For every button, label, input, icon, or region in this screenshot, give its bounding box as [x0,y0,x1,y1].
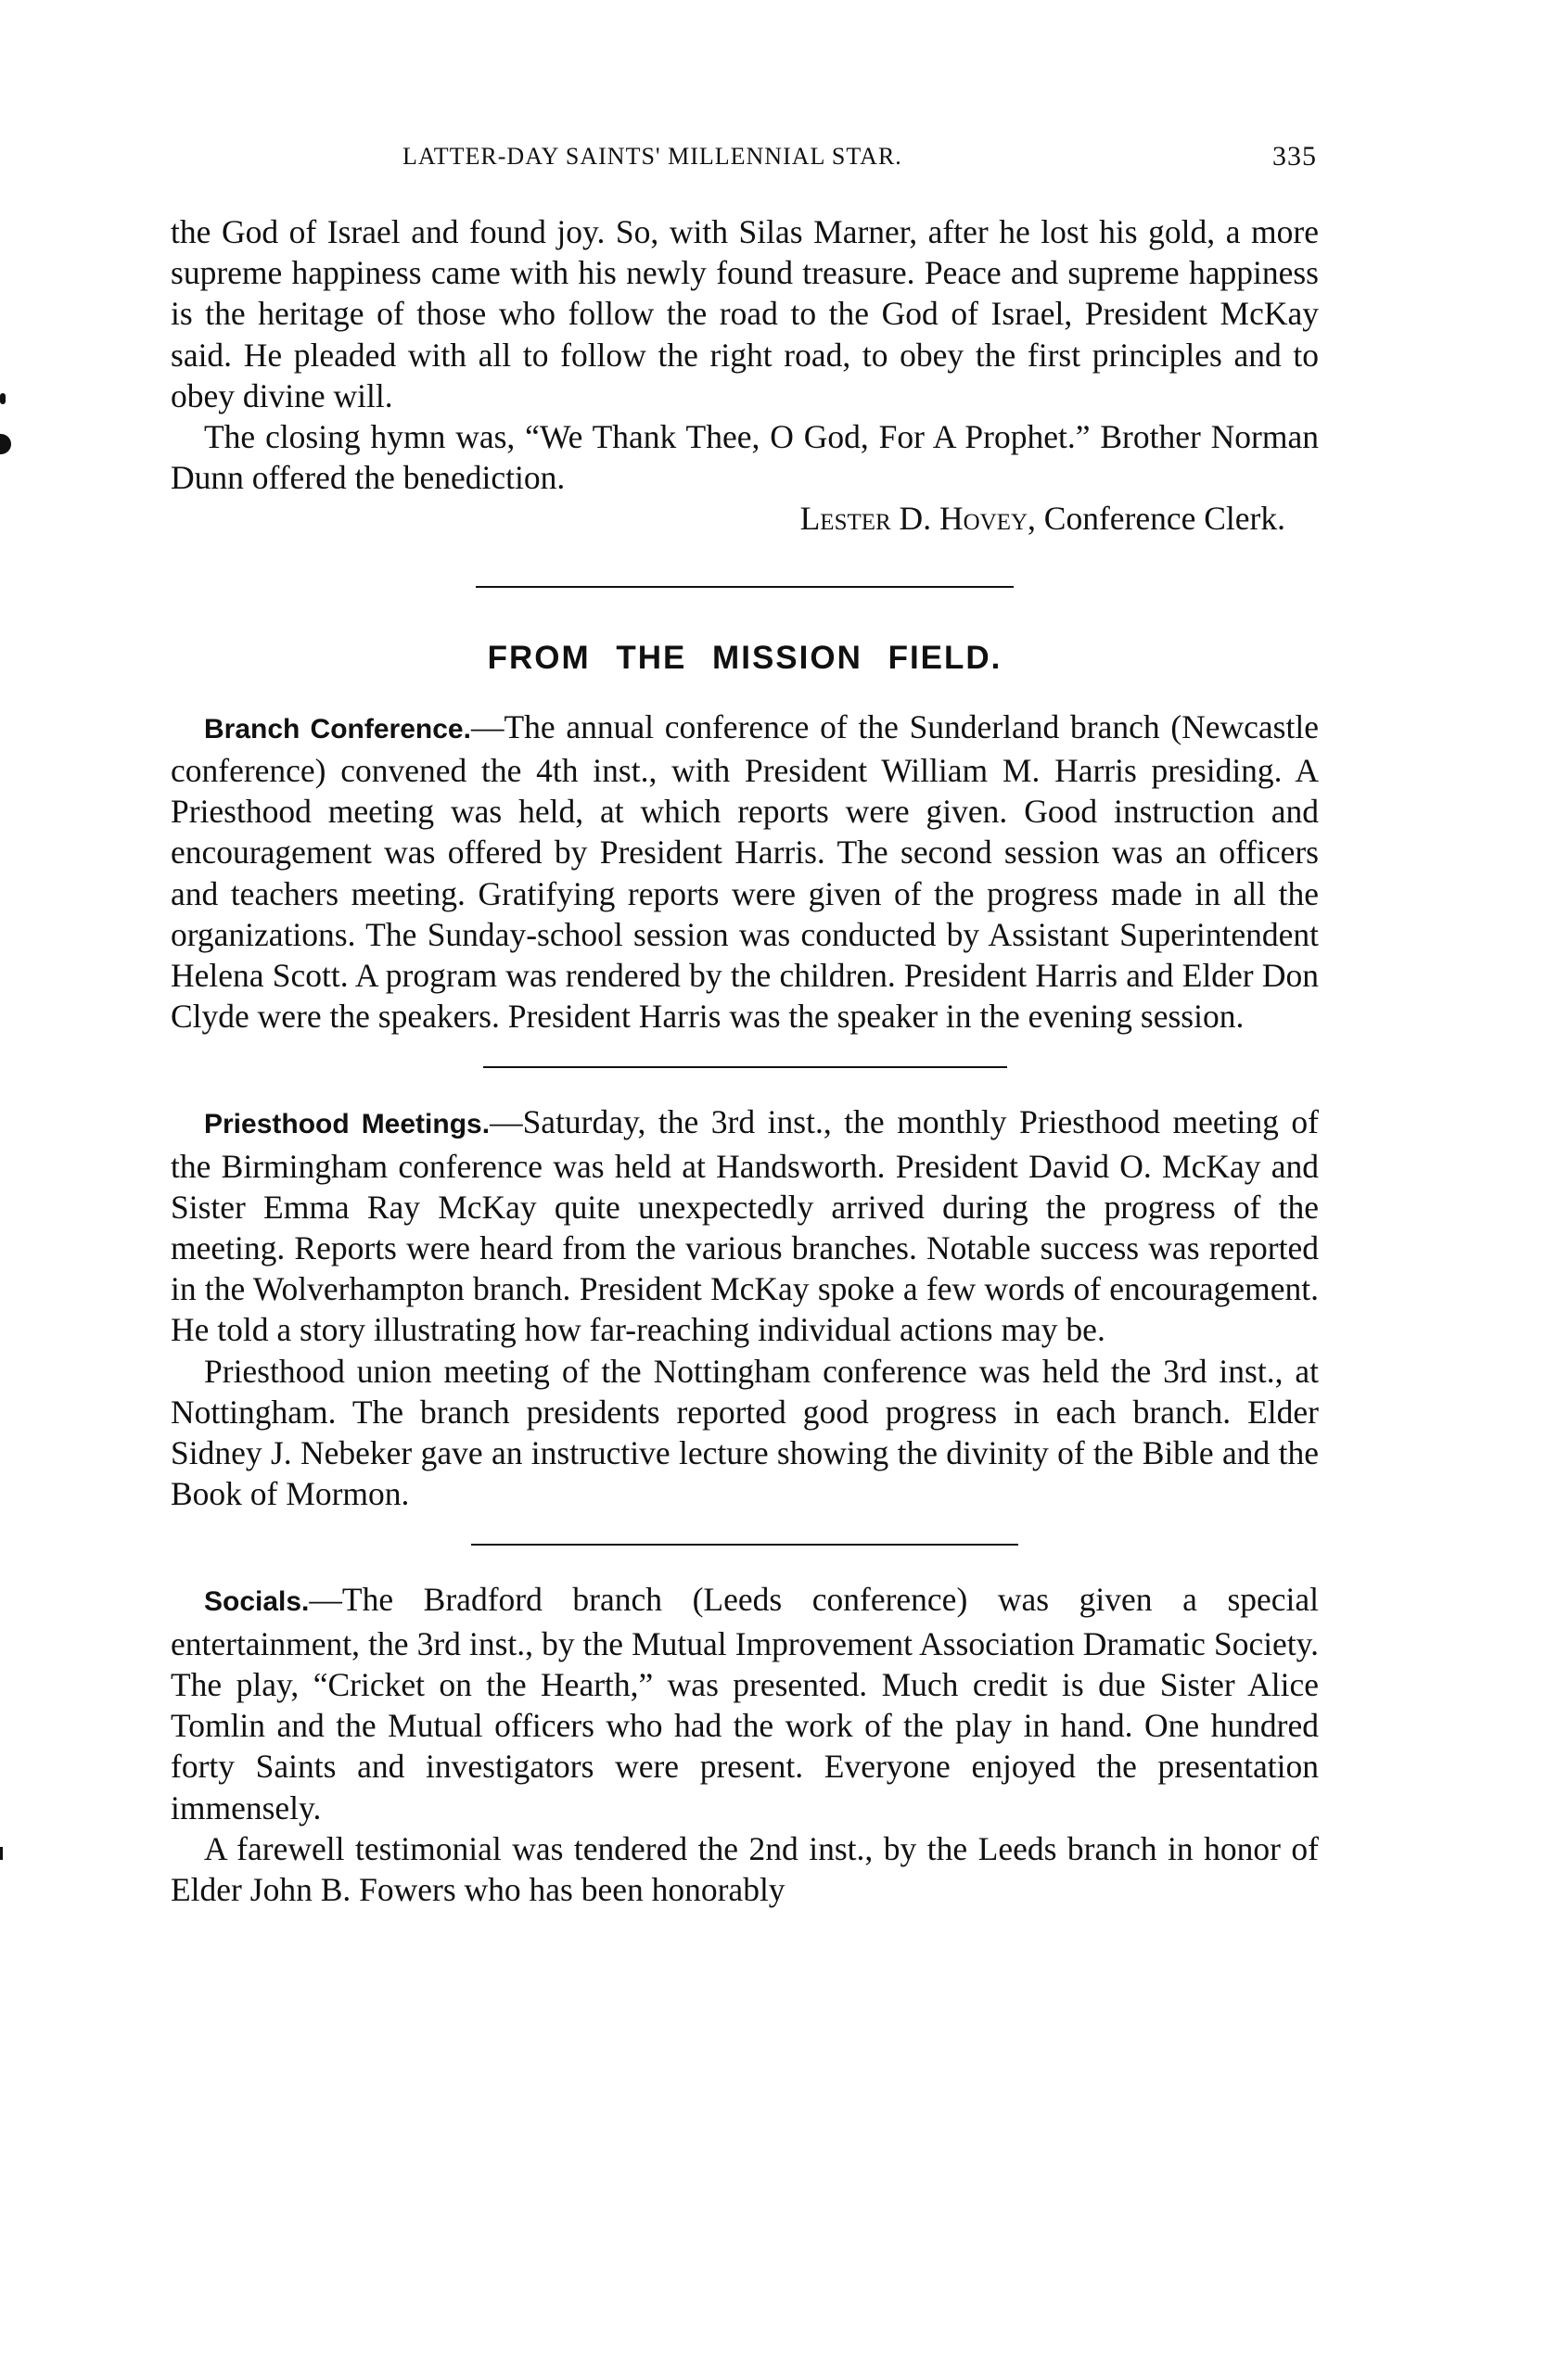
body-text: the God of Israel and found joy. So, wit… [171,211,1319,1910]
item-text: —The annual conference of the Sunderland… [171,708,1319,1035]
item-heading: Socials. [204,1586,309,1617]
scan-margin-mark [0,1847,3,1860]
section-title: FROM THE MISSION FIELD. [171,638,1319,679]
item-branch-conference: Branch Conference.—The annual conference… [171,706,1319,1037]
item-divider [471,1544,1018,1546]
scan-margin-mark [0,434,11,454]
running-head: LATTER-DAY SAINTS' MILLENNIAL STAR. 335 [171,139,1319,176]
section-divider [476,586,1014,588]
item-text: —Saturday, the 3rd inst., the monthly Pr… [171,1103,1319,1348]
page-number: 335 [1272,141,1317,172]
journal-title: LATTER-DAY SAINTS' MILLENNIAL STAR. [402,143,902,171]
item-paragraph: A farewell testimonial was tendered the … [171,1828,1319,1910]
item-socials: Socials.—The Bradford branch (Leeds conf… [171,1579,1319,1827]
closing-hymn-paragraph: The closing hymn was, “We Thank Thee, O … [171,416,1319,498]
item-divider [483,1066,1007,1068]
signature-name: Lester D. Hovey [800,500,1028,537]
signature: Lester D. Hovey, Conference Clerk. [171,498,1319,539]
item-priesthood-meetings: Priesthood Meetings.—Saturday, the 3rd i… [171,1101,1319,1350]
scan-margin-mark [0,393,6,404]
item-heading: Branch Conference. [204,714,471,745]
item-paragraph: Priesthood union meeting of the Nottingh… [171,1351,1319,1515]
item-text: —The Bradford branch (Leeds conference) … [171,1581,1319,1826]
continuation-paragraph: the God of Israel and found joy. So, wit… [171,211,1319,416]
signature-title: , Conference Clerk. [1028,500,1285,537]
item-heading: Priesthood Meetings. [204,1109,490,1139]
